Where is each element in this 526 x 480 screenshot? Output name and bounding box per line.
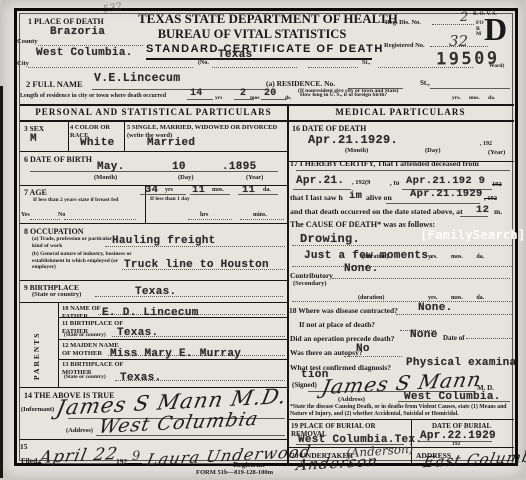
yrs-label: yrs: [215, 95, 222, 101]
birth-year-sub: (Year): [246, 174, 263, 181]
color-race-value: White: [80, 137, 115, 149]
personal-band-title: PERSONAL AND STATISTICAL PARTICULARS: [20, 107, 287, 117]
rule-line: [292, 266, 512, 267]
disease-contracted-label: 18 Where was disease contracted?: [289, 306, 398, 315]
death-certificate-scan: 532 1 PLACE OF DEATH Brazoria County Wes…: [0, 0, 526, 480]
birth-day-value: 10: [172, 161, 186, 173]
title-line-3: STANDARD CERTIFICATE OF DEATH: [146, 43, 372, 60]
birth-year-value: .1895: [222, 161, 257, 173]
cell-border: [20, 223, 287, 224]
cell-border: [20, 302, 287, 303]
rule-line: [292, 301, 512, 302]
occupation-b-label: (b) General nature of industry, business…: [32, 251, 132, 271]
death-time-unit: m.: [494, 207, 502, 216]
age-mos-label: mos.: [212, 187, 224, 193]
death-time-value: 12: [476, 204, 489, 216]
place-of-death-label: 1 PLACE OF DEATH: [28, 17, 104, 26]
registered-no-label: Registered No.: [384, 42, 425, 49]
rule-line: [212, 67, 297, 68]
county-label: County: [17, 38, 38, 45]
scan-edge: [0, 86, 3, 478]
rule-line: [38, 45, 143, 46]
death-year-pre: , 192: [480, 141, 492, 147]
sex-value: M: [30, 133, 37, 145]
rule-line: [187, 99, 213, 100]
rule-line: [240, 219, 284, 220]
ds-label: ds.: [285, 95, 292, 101]
cell-border: [124, 120, 125, 151]
cause-of-death-value: Drowing.: [300, 232, 360, 246]
rule-line: [261, 99, 287, 100]
informant-label: (Informant): [21, 406, 54, 413]
city-value: West Columbia.: [36, 47, 133, 59]
rule-line: [466, 338, 512, 339]
informant-address-label: (Address): [66, 427, 93, 434]
birth-day-sub: (Day): [178, 174, 194, 181]
mother-birthplace-sub: (State or country): [64, 374, 106, 380]
cell-border: [68, 120, 69, 151]
filed-date-value: April 22: [38, 444, 120, 468]
lastsaw-value: Apr.21.1929: [410, 188, 483, 200]
certify-line4: and that death occurred on the date stat…: [290, 207, 463, 216]
rule-line: [30, 219, 60, 220]
rule-line: [28, 67, 193, 68]
full-name-value: V.E.Lincecum: [94, 72, 180, 85]
cell-border: [20, 151, 287, 152]
birth-month-value: May.: [97, 161, 125, 173]
cell-border: [20, 104, 514, 106]
registrar-label: Registrar.: [233, 460, 265, 469]
occupation-a-label: (a) Trade, profession or particular kind…: [32, 236, 124, 249]
date-of-death-label: 16 DATE OF DEATH: [292, 124, 366, 133]
father-birthplace-sub: (State or country): [64, 332, 106, 338]
death-month-sub: (Month): [345, 147, 368, 154]
birth-month-sub: (Month): [94, 174, 117, 181]
rule-line: [95, 296, 283, 297]
age-hrs-label: hrs: [200, 212, 208, 218]
age-yrs-label: yrs: [165, 187, 173, 193]
lastsaw-mid: alive on: [366, 193, 392, 202]
form-vertical-label: FORM: [476, 21, 484, 38]
no-label: (No.: [198, 60, 209, 66]
residence-days-value: 20: [264, 88, 277, 99]
death-day-sub: (Day): [425, 147, 441, 154]
filed-year-printed: 192: [116, 457, 127, 466]
not-place-of-death-label: If not at place of death?: [299, 320, 375, 329]
filed-label: Filed: [21, 456, 37, 465]
burial-date-label: DATE OF BURIAL: [432, 422, 491, 430]
cause-duration-label: (duration): [362, 254, 388, 260]
death-year-sub: (Year): [488, 149, 505, 156]
age-da-label: da.: [263, 187, 271, 193]
mos-label: mos: [250, 95, 259, 101]
cause-footnote: *State the disease Causing Death, or in …: [290, 404, 512, 418]
age-years-value: 34: [145, 184, 158, 196]
rule-line: [188, 219, 232, 220]
rule-line: [460, 216, 488, 217]
mother-birthplace-value: Texas.: [120, 372, 161, 384]
cause-of-death-label: The CAUSE OF DEATH* was as follows:: [290, 220, 435, 229]
certify-to-label: , to: [390, 179, 399, 187]
howlong-us-label: How long in U. S., if of foreign birth?: [300, 92, 387, 98]
cell-border: [287, 419, 514, 420]
lastsaw-struck: , 192: [484, 195, 497, 202]
contributory-label: Contributory: [290, 271, 333, 280]
registered-no-value: 32: [449, 32, 468, 50]
disease-contracted-value: None.: [418, 302, 453, 314]
rule-line: [293, 189, 351, 190]
date-of-birth-label: 6 DATE OF BIRTH: [24, 155, 92, 164]
occupation-b-value: Truck line to Houston: [124, 259, 269, 271]
residence-street-label: St.,: [420, 79, 430, 87]
occupation-label: 8 OCCUPATION: [24, 227, 83, 236]
marital-value: Married: [147, 137, 195, 149]
physician-address-value: West Columbia.: [404, 391, 501, 403]
state-typed: Texas: [218, 49, 253, 61]
reg-dis-value: 2: [460, 10, 468, 25]
city-label: City: [17, 60, 29, 67]
howlong-units-label: yrs. mos. da.: [452, 95, 495, 101]
rule-line: [396, 314, 512, 315]
title-line-1: TEXAS STATE DEPARTMENT OF HEALTH: [138, 11, 366, 27]
autopsy-value: No: [356, 343, 370, 355]
medical-band-title: MEDICAL PARTICULARS: [287, 107, 514, 117]
lastsaw-pre: that I last saw h: [290, 193, 343, 202]
cell-border: [287, 104, 289, 466]
certify-from-value: Apr.21.: [296, 175, 344, 187]
rule-line: [296, 170, 510, 171]
rule-line: [332, 278, 510, 279]
residence-label: (a) RESIDENCE. No.: [266, 79, 335, 88]
operation-value: None: [410, 329, 438, 341]
father-birthplace-value: Texas.: [117, 327, 158, 339]
occupation-a-value: Hauling freight: [112, 235, 216, 247]
contributory-value: None.: [344, 263, 379, 275]
form-letter-d: D: [484, 13, 507, 45]
cell-border: [58, 302, 59, 387]
age-yes-label: Yes: [21, 212, 30, 218]
age-label: 7 AGE: [24, 188, 47, 197]
age-days-value: 11: [242, 184, 255, 196]
contributory-duration-units: yrs. mos. da.: [428, 295, 484, 301]
street-label: St.,: [362, 60, 370, 66]
filed-year-digit: 9: [132, 449, 140, 464]
age-breastfed-note: If less than 2 years state if breast fed: [33, 197, 118, 203]
residence-years-value: 14: [190, 88, 203, 99]
age-lessday-note: If less than 1 day: [150, 196, 190, 202]
contributory-duration-label: (duration): [358, 295, 384, 301]
cell-border: [20, 280, 287, 281]
operation-label: Did an operation precede death?: [290, 334, 394, 343]
title-line-2: BUREAU OF VITAL STATISTICS: [138, 27, 366, 42]
signed-label: (Signed): [292, 381, 317, 389]
familysearch-watermark: [FamilySearch]: [420, 227, 525, 242]
date-of-death-value: Apr.21.1929.: [308, 133, 398, 147]
parents-vertical-label: PARENTS: [32, 316, 41, 380]
rule-line: [430, 88, 510, 89]
full-name-label: 2 FULL NAME: [26, 79, 83, 89]
rule-line: [64, 219, 136, 220]
age-mins-label: mins.: [253, 212, 267, 218]
county-value: Brazoria: [50, 26, 105, 38]
certify-from-printed: , 192(9: [352, 179, 370, 186]
autopsy-label: Was there an autopsy?: [290, 348, 363, 357]
father-name-value: E. D. Lincecum: [102, 307, 199, 319]
certificate-stamp-number: 19509: [436, 48, 500, 69]
age-no-label: No: [58, 212, 65, 218]
date-of-label: Date of: [443, 334, 465, 342]
cell-border: [58, 339, 287, 340]
mother-maiden-name-value: Miss Mary E. Murray: [110, 348, 241, 360]
cell-border: [20, 120, 514, 122]
rule-line: [308, 67, 358, 68]
age-months-value: 11: [192, 184, 205, 196]
cell-border: [20, 439, 287, 440]
form-footer: FORM 51b—819-128-100m: [196, 469, 273, 476]
cause-duration-units: yrs. mos. da.: [428, 254, 484, 260]
sex-label: 3 SEX: [24, 124, 44, 133]
reg-dis-label: Reg. Dis. No.: [385, 19, 421, 26]
contributory-sub: (Secondary): [293, 280, 327, 287]
residence-months-value: 2: [240, 88, 246, 99]
length-of-residence-label: Length of residence in city or town wher…: [20, 93, 166, 99]
physician-address-label: (Address): [338, 396, 365, 403]
certify-to-struck: 192: [492, 181, 502, 188]
certify-to-value: Apr.21.192 9: [406, 175, 485, 187]
burial-date-sub: 192: [452, 441, 460, 447]
filed-number: 15: [20, 442, 28, 451]
birthplace-sub: (State or country): [32, 291, 81, 298]
lastsaw-typed: im: [349, 190, 362, 202]
certify-line1: 17 I HEREBY CERTIFY, That I attended dec…: [290, 159, 479, 168]
birthplace-value: Texas.: [135, 286, 176, 298]
rule-line: [386, 203, 480, 204]
